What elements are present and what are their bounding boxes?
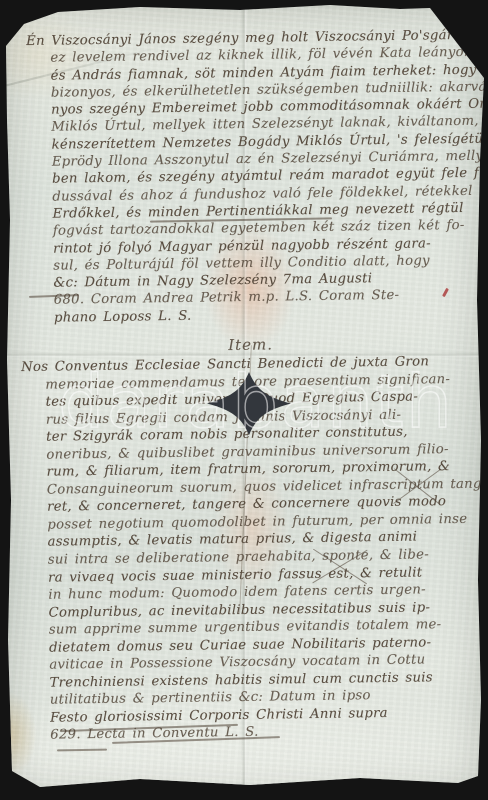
document-scan: Én Viszocsányi János szegény meg holt Vi… xyxy=(0,0,488,800)
diamond-seal xyxy=(205,370,293,437)
manuscript-paper: Én Viszocsányi János szegény meg holt Vi… xyxy=(0,0,488,800)
item-heading: Item. xyxy=(228,335,273,354)
pen-underline xyxy=(57,749,107,751)
hungarian-text-block: Én Viszocsányi János szegény meg holt Vi… xyxy=(26,26,488,327)
